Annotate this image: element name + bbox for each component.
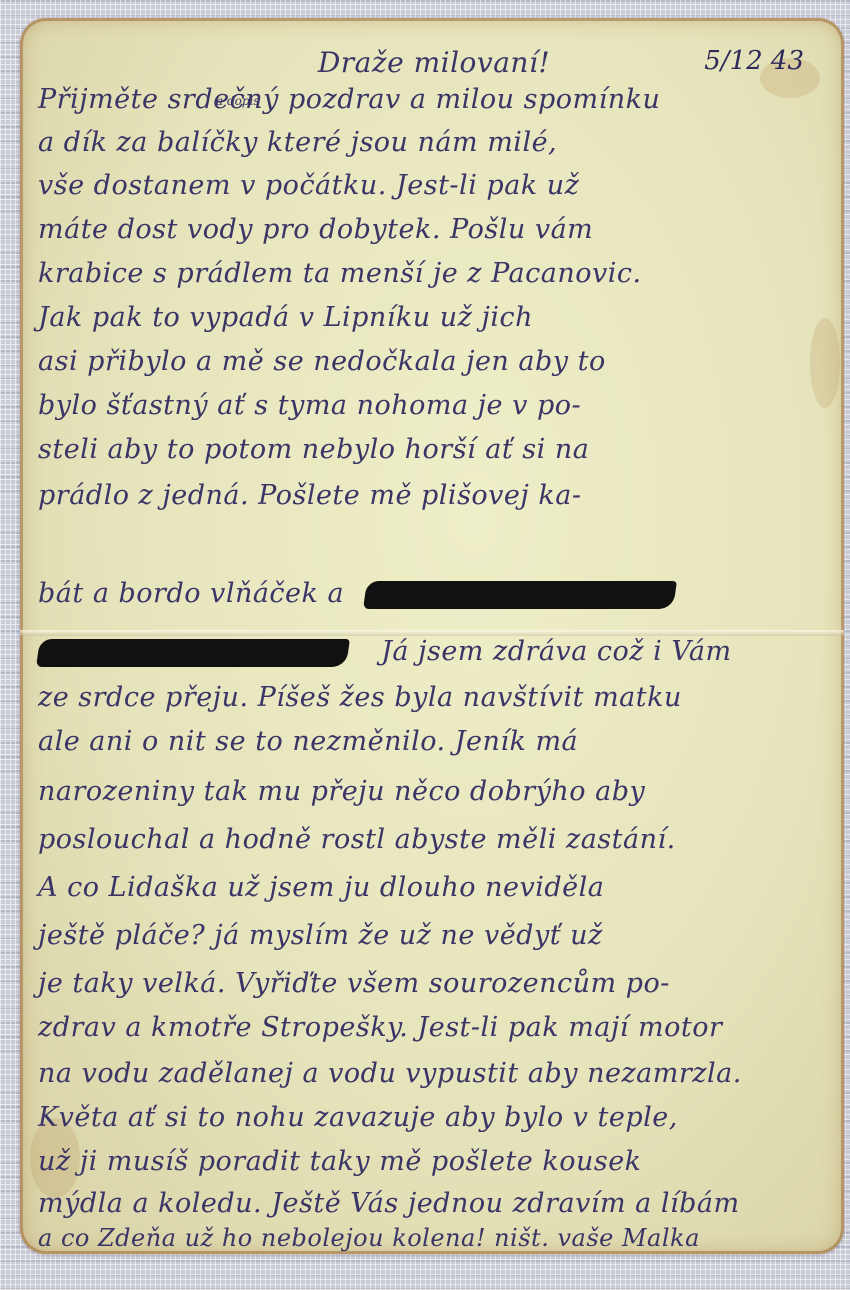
letter-line-redacted: bát a bordo vlňáček a bbox=[38, 578, 830, 609]
letter-line: Květa ať si to nohu zavazuje aby bylo v … bbox=[38, 1102, 830, 1133]
redaction-block bbox=[36, 639, 350, 667]
letter-line: ještě pláče? já myslím že už ne vědyť už bbox=[38, 920, 830, 951]
letter-line: A co Lidaška už jsem ju dlouho neviděla bbox=[38, 872, 830, 903]
letter-line: Jak pak to vypadá v Lipníku už jich bbox=[38, 302, 830, 333]
letter-line: už ji musíš poradit taky mě pošlete kous… bbox=[38, 1146, 830, 1177]
letter-line: prádlo z jedná. Pošlete mě plišovej ka- bbox=[38, 480, 830, 511]
letter-line: ze srdce přeju. Píšeš žes byla navštívit… bbox=[38, 682, 830, 713]
letter-line: narozeniny tak mu přeju něco dobrýho aby bbox=[38, 776, 830, 807]
letter-line: vše dostanem v počátku. Jest-li pak už bbox=[38, 170, 830, 201]
letter-line-text: Já jsem zdráva což i Vám bbox=[381, 636, 731, 667]
letter-line: mýdla a koledu. Ještě Vás jednou zdravím… bbox=[38, 1188, 830, 1219]
letter-line: poslouchal a hodně rostl abyste měli zas… bbox=[38, 824, 830, 855]
letter-line: zdrav a kmotře Stropešky. Jest-li pak ma… bbox=[38, 1012, 830, 1043]
letter-line: ale ani o nit se to nezměnilo. Jeník má bbox=[38, 726, 830, 757]
letter-line-redacted: Já jsem zdráva což i Vám bbox=[38, 636, 830, 667]
letter-line: je taky velká. Vyřiďte všem sourozencům … bbox=[38, 968, 830, 999]
letter-line: steli aby to potom nebylo horší ať si na bbox=[38, 434, 830, 465]
letter-line: na vodu zadělanej a vodu vypustit aby ne… bbox=[38, 1058, 830, 1089]
letter-date: 5/12 43 bbox=[704, 46, 804, 76]
letter-line: asi přibylo a mě se nedočkala jen aby to bbox=[38, 346, 830, 377]
letter-line: máte dost vody pro dobytek. Pošlu vám bbox=[38, 214, 830, 245]
redaction-block bbox=[363, 581, 677, 609]
letter-line: a dík za balíčky které jsou nám milé, bbox=[38, 127, 830, 158]
letter-line-text: bát a bordo vlňáček a bbox=[38, 578, 344, 609]
letter-line: bylo šťastný ať s tyma nohoma je v po- bbox=[38, 390, 830, 421]
letter-paper: Draže milovaní! 5/12 43 a dopis Přijměte… bbox=[20, 18, 844, 1254]
letter-line: krabice s prádlem ta menší je z Pacanovi… bbox=[38, 258, 830, 289]
letter-line: Přijměte srdečný pozdrav a milou spomínk… bbox=[38, 84, 830, 115]
letter-closing-line: a co Zdeňa už ho nebolejou kolena! ništ.… bbox=[38, 1224, 830, 1252]
